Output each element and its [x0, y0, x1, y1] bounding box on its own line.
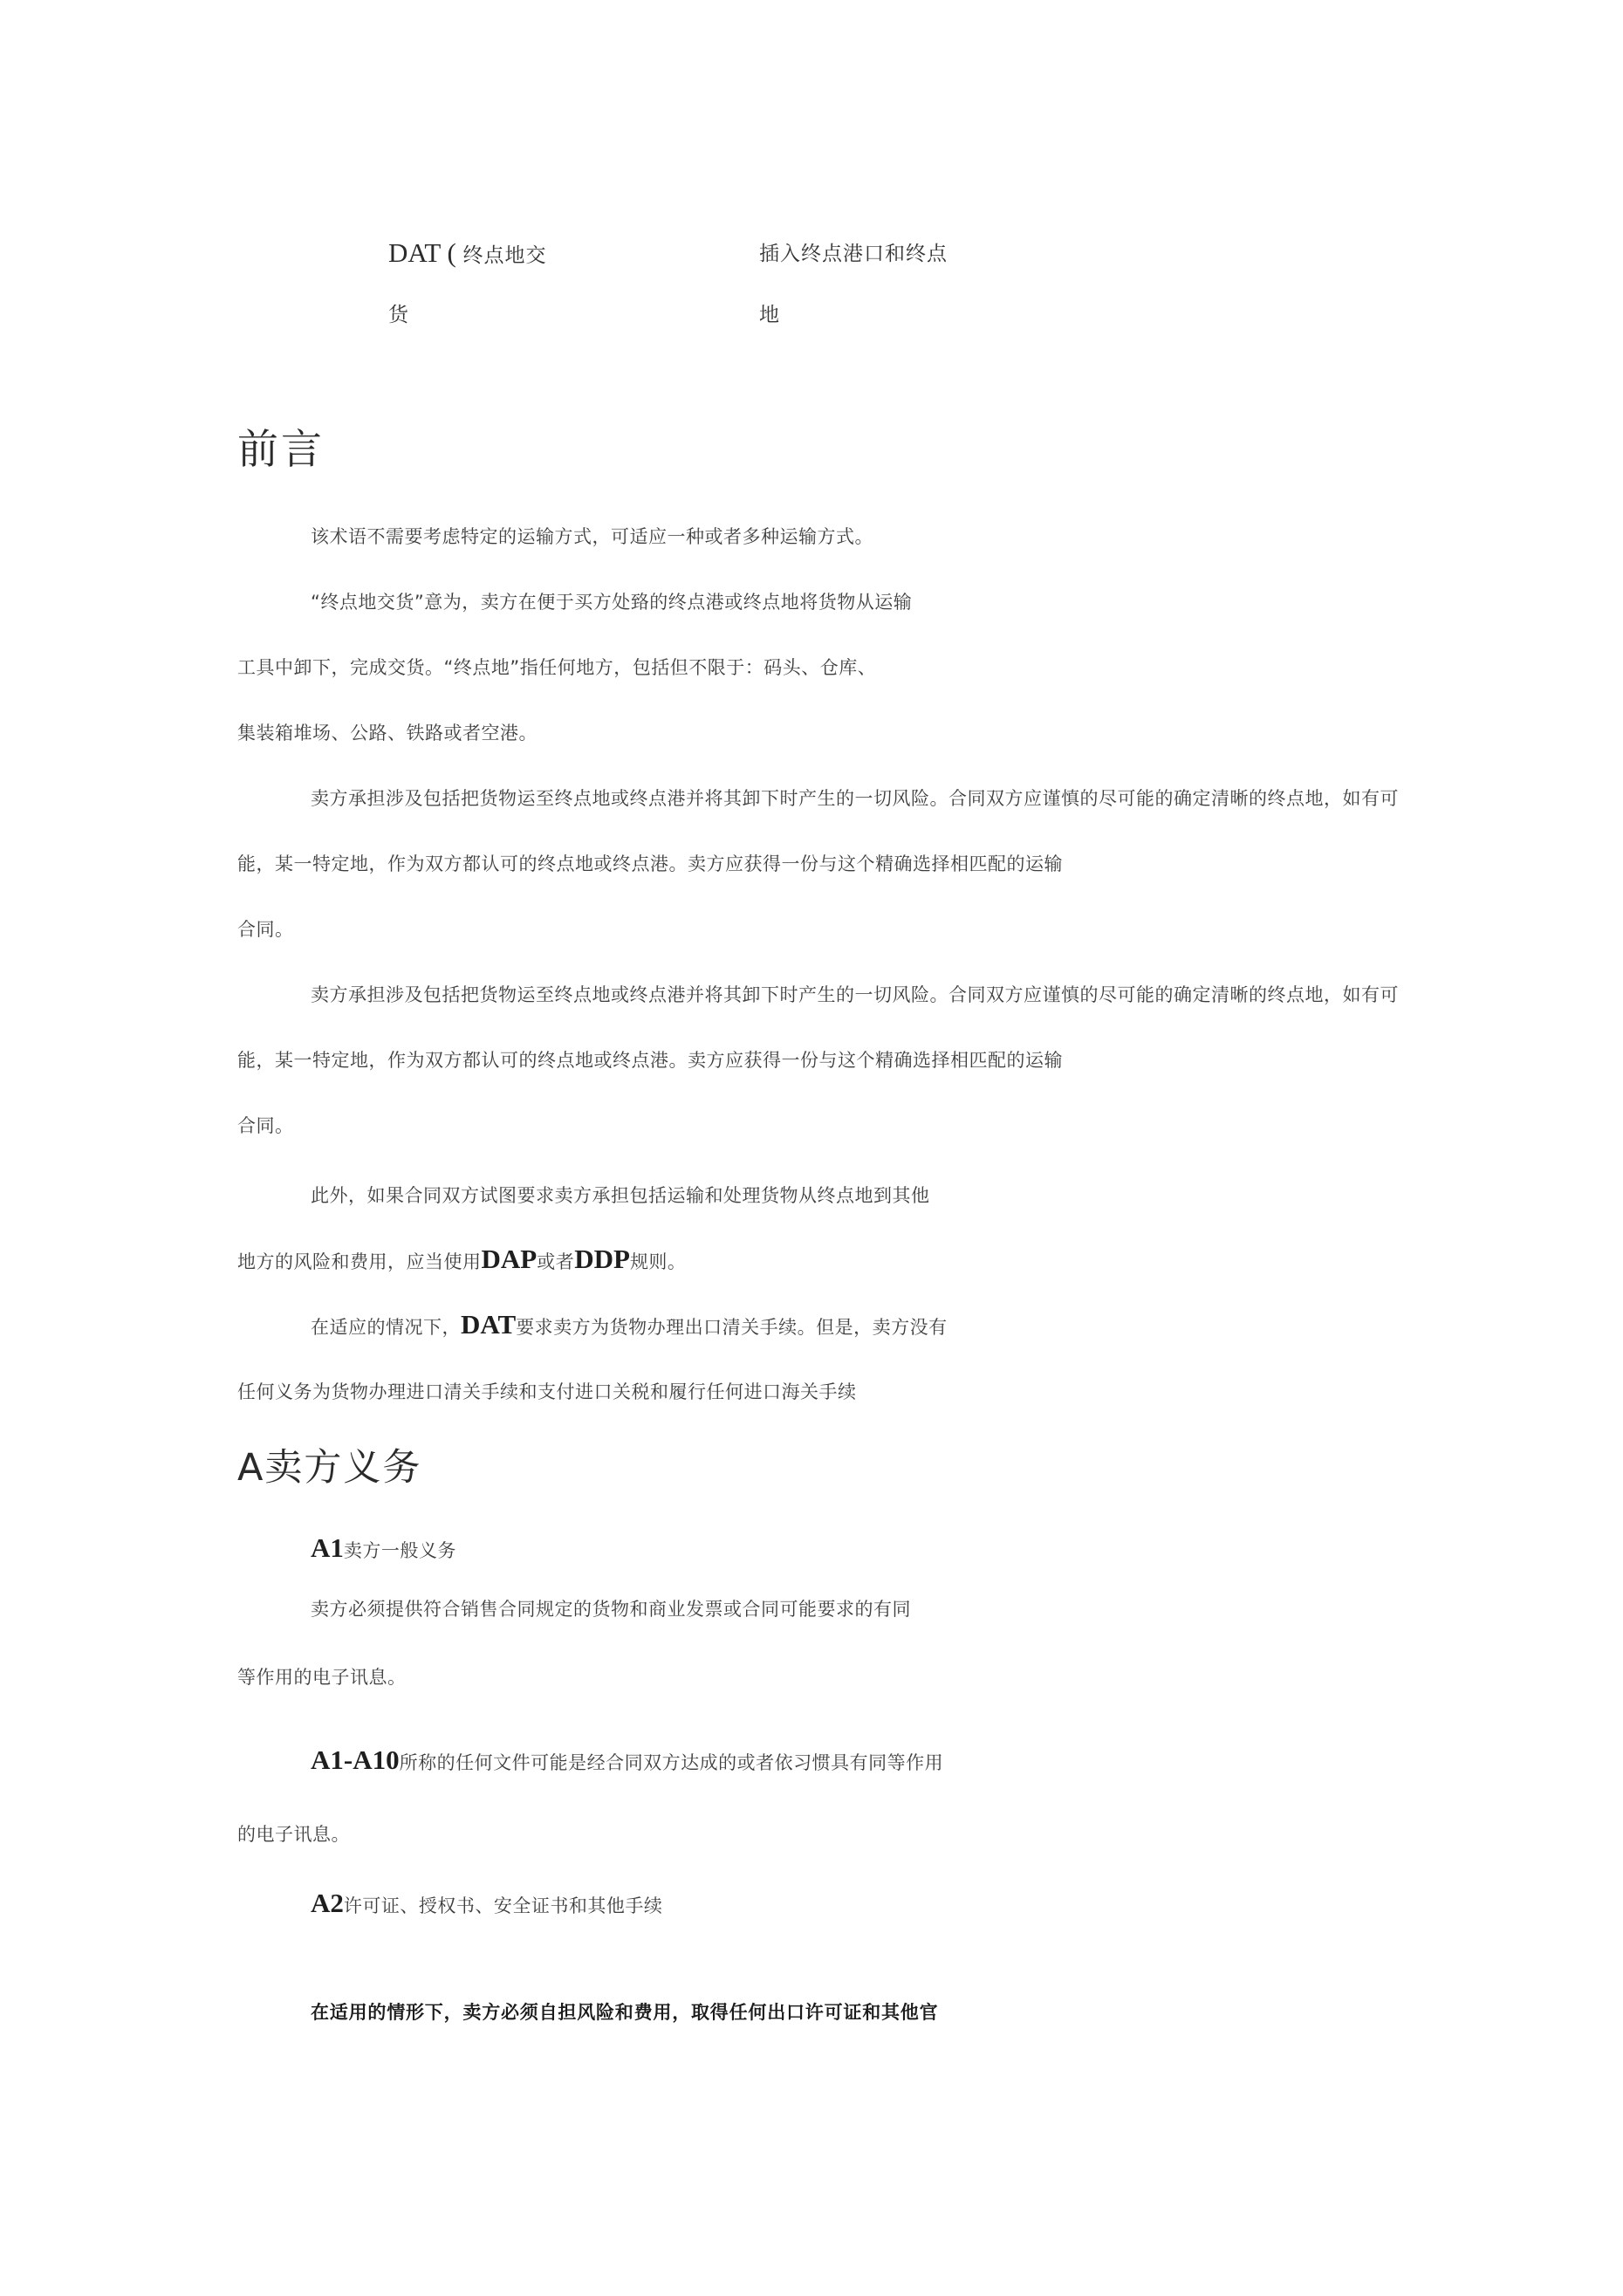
term-header-left-line1: DAT ( 终点地交: [388, 237, 547, 269]
text-segment: 要求卖方为货物办理出口清关手续。但是，卖方没有: [516, 1317, 948, 1338]
term-abbreviation: DAP: [482, 1244, 538, 1274]
text-line: 的电子讯息。: [237, 1824, 350, 1846]
text-line: “终点地交货”意为，卖方在便于买方处臵的终点港或终点地将货物从运输: [311, 592, 912, 613]
term-abbreviation: DDP: [574, 1244, 630, 1274]
text-line: 合同。: [237, 1115, 294, 1137]
text-segment: 合同。: [237, 1115, 294, 1136]
text-line: 任何义务为货物办理进口清关手续和支付进口关税和履行任何进口海关手续: [237, 1381, 857, 1403]
text-line: 在适用的情形下，卖方必须自担风险和费用，取得任何出口许可证和其他官: [311, 2002, 938, 2024]
text-line: 集装箱堆场、公路、铁路或者空港。: [237, 723, 538, 744]
term-abbreviation: DAT: [461, 1309, 516, 1340]
text-segment: 能，某一特定地，作为双方都认可的终点地或终点港。卖方应获得一份与这个精确选择相匹…: [237, 853, 1063, 874]
text-segment: 合同。: [237, 919, 294, 940]
text-segment: 所称的任何文件可能是经合同双方达成的或者依习惯具有同等作用: [400, 1752, 944, 1773]
text-segment: 地方的风险和费用，应当使用: [237, 1251, 482, 1272]
text-line: 等作用的电子讯息。: [237, 1667, 407, 1689]
text-segment: 此外，如果合同双方试图要求卖方承担包括运输和处理货物从终点地到其他: [311, 1185, 930, 1206]
text-line: 地方的风险和费用，应当使用DAP或者DDP规则。: [237, 1243, 686, 1275]
term-abbreviation: A2: [311, 1888, 344, 1918]
text-segment: 在适应的情况下，: [311, 1317, 461, 1338]
text-segment: 或者: [537, 1251, 574, 1272]
text-segment: 工具中卸下，完成交货。“终点地”指任何地方，包括但不限于：码头、仓库、: [237, 657, 876, 678]
term-code: DAT (: [388, 237, 463, 268]
text-line: A1卖方一般义务: [311, 1532, 456, 1564]
text-line: 在适应的情况下，DAT要求卖方为货物办理出口清关手续。但是，卖方没有: [311, 1308, 948, 1340]
term-title-part1: 终点地交: [463, 244, 547, 267]
foreword-heading: 前言: [237, 417, 325, 476]
text-segment: 的电子讯息。: [237, 1824, 350, 1845]
text-segment: 卖方承担涉及包括把货物运至终点地或终点港并将其卸下时产生的一切风险。合同双方应谨…: [311, 788, 1399, 809]
text-line: 卖方承担涉及包括把货物运至终点地或终点港并将其卸下时产生的一切风险。合同双方应谨…: [311, 984, 1399, 1006]
text-segment: 等作用的电子讯息。: [237, 1667, 407, 1688]
text-segment: 卖方必须提供符合销售合同规定的货物和商业发票或合同可能要求的有同: [311, 1599, 911, 1620]
text-line: 合同。: [237, 919, 294, 941]
text-segment: 集装箱堆场、公路、铁路或者空港。: [237, 723, 538, 744]
term-abbreviation: A1: [311, 1532, 344, 1563]
text-line: 工具中卸下，完成交货。“终点地”指任何地方，包括但不限于：码头、仓库、: [237, 657, 876, 679]
text-segment: 在适用的情形下，卖方必须自担风险和费用，取得任何出口许可证和其他官: [311, 2002, 938, 2023]
text-line: 卖方必须提供符合销售合同规定的货物和商业发票或合同可能要求的有同: [311, 1599, 911, 1621]
term-insert-note-line2: 地: [759, 298, 780, 327]
text-line: A1-A10所称的任何文件可能是经合同双方达成的或者依习惯具有同等作用: [311, 1744, 943, 1776]
text-segment: “终点地交货”意为，卖方在便于买方处臵的终点港或终点地将货物从运输: [311, 592, 912, 613]
text-segment: 许可证、授权书、安全证书和其他手续: [344, 1895, 663, 1916]
text-line: 此外，如果合同双方试图要求卖方承担包括运输和处理货物从终点地到其他: [311, 1185, 930, 1207]
text-line: 能，某一特定地，作为双方都认可的终点地或终点港。卖方应获得一份与这个精确选择相匹…: [237, 1050, 1063, 1072]
text-line: 该术语不需要考虑特定的运输方式，可适应一种或者多种运输方式。: [311, 526, 873, 548]
text-line: A2许可证、授权书、安全证书和其他手续: [311, 1887, 662, 1919]
document-page: DAT ( 终点地交 货 插入终点港口和终点 地 前言 A卖方义务 该术语不需要…: [0, 0, 1623, 2296]
text-line: 卖方承担涉及包括把货物运至终点地或终点港并将其卸下时产生的一切风险。合同双方应谨…: [311, 788, 1399, 810]
text-segment: 规则。: [630, 1251, 687, 1272]
text-line: 能，某一特定地，作为双方都认可的终点地或终点港。卖方应获得一份与这个精确选择相匹…: [237, 853, 1063, 875]
term-abbreviation: A1-A10: [311, 1744, 400, 1775]
term-insert-note-line1: 插入终点港口和终点: [759, 237, 948, 266]
term-title-part2: 货: [388, 298, 409, 327]
text-segment: 任何义务为货物办理进口清关手续和支付进口关税和履行任何进口海关手续: [237, 1381, 857, 1402]
section-a-heading: A卖方义务: [237, 1438, 421, 1491]
text-segment: 卖方一般义务: [344, 1540, 456, 1561]
text-segment: 卖方承担涉及包括把货物运至终点地或终点港并将其卸下时产生的一切风险。合同双方应谨…: [311, 984, 1399, 1005]
text-segment: 能，某一特定地，作为双方都认可的终点地或终点港。卖方应获得一份与这个精确选择相匹…: [237, 1050, 1063, 1071]
text-segment: 该术语不需要考虑特定的运输方式，可适应一种或者多种运输方式。: [311, 526, 873, 547]
